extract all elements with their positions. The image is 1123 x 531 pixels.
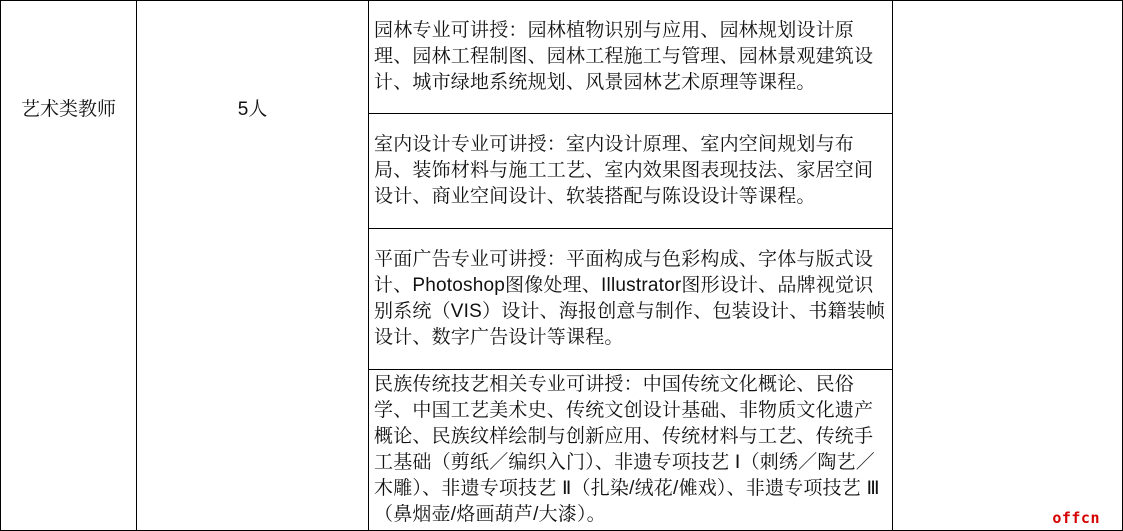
specialization-text-landscape: 园林专业可讲授：园林植物识别与应用、园林规划设计原理、园林工程制图、园林工程施工… (374, 18, 888, 96)
specializations-column: 园林专业可讲授：园林植物识别与应用、园林规划设计原理、园林工程制图、园林工程施工… (369, 1, 893, 530)
headcount-cell: 5人 (137, 1, 369, 530)
specialization-text-interior-design: 室内设计专业可讲授：室内设计原理、室内空间规划与布局、装饰材料与施工工艺、室内效… (374, 132, 888, 210)
specialization-text-graphic-advertising: 平面广告专业可讲授：平面构成与色彩构成、字体与版式设计、Photoshop图像处… (374, 247, 888, 351)
specialization-cell-graphic-advertising: 平面广告专业可讲授：平面构成与色彩构成、字体与版式设计、Photoshop图像处… (369, 229, 892, 370)
recruitment-table: 艺术类教师 5人 园林专业可讲授：园林植物识别与应用、园林规划设计原理、园林工程… (0, 0, 1123, 531)
offcn-watermark: offcn (1052, 509, 1100, 527)
remarks-cell (893, 1, 1122, 530)
specialization-cell-landscape: 园林专业可讲授：园林植物识别与应用、园林规划设计原理、园林工程制图、园林工程施工… (369, 1, 892, 114)
document-page: 艺术类教师 5人 园林专业可讲授：园林植物识别与应用、园林规划设计原理、园林工程… (0, 0, 1123, 531)
headcount-value: 5人 (238, 97, 268, 123)
specialization-text-traditional-crafts: 民族传统技艺相关专业可讲授：中国传统文化概论、民俗学、中国工艺美术史、传统文创设… (374, 372, 888, 528)
position-cell: 艺术类教师 (1, 1, 137, 530)
specialization-cell-interior-design: 室内设计专业可讲授：室内设计原理、室内空间规划与布局、装饰材料与施工工艺、室内效… (369, 114, 892, 229)
specialization-cell-traditional-crafts: 民族传统技艺相关专业可讲授：中国传统文化概论、民俗学、中国工艺美术史、传统文创设… (369, 370, 892, 530)
position-label: 艺术类教师 (21, 97, 116, 123)
